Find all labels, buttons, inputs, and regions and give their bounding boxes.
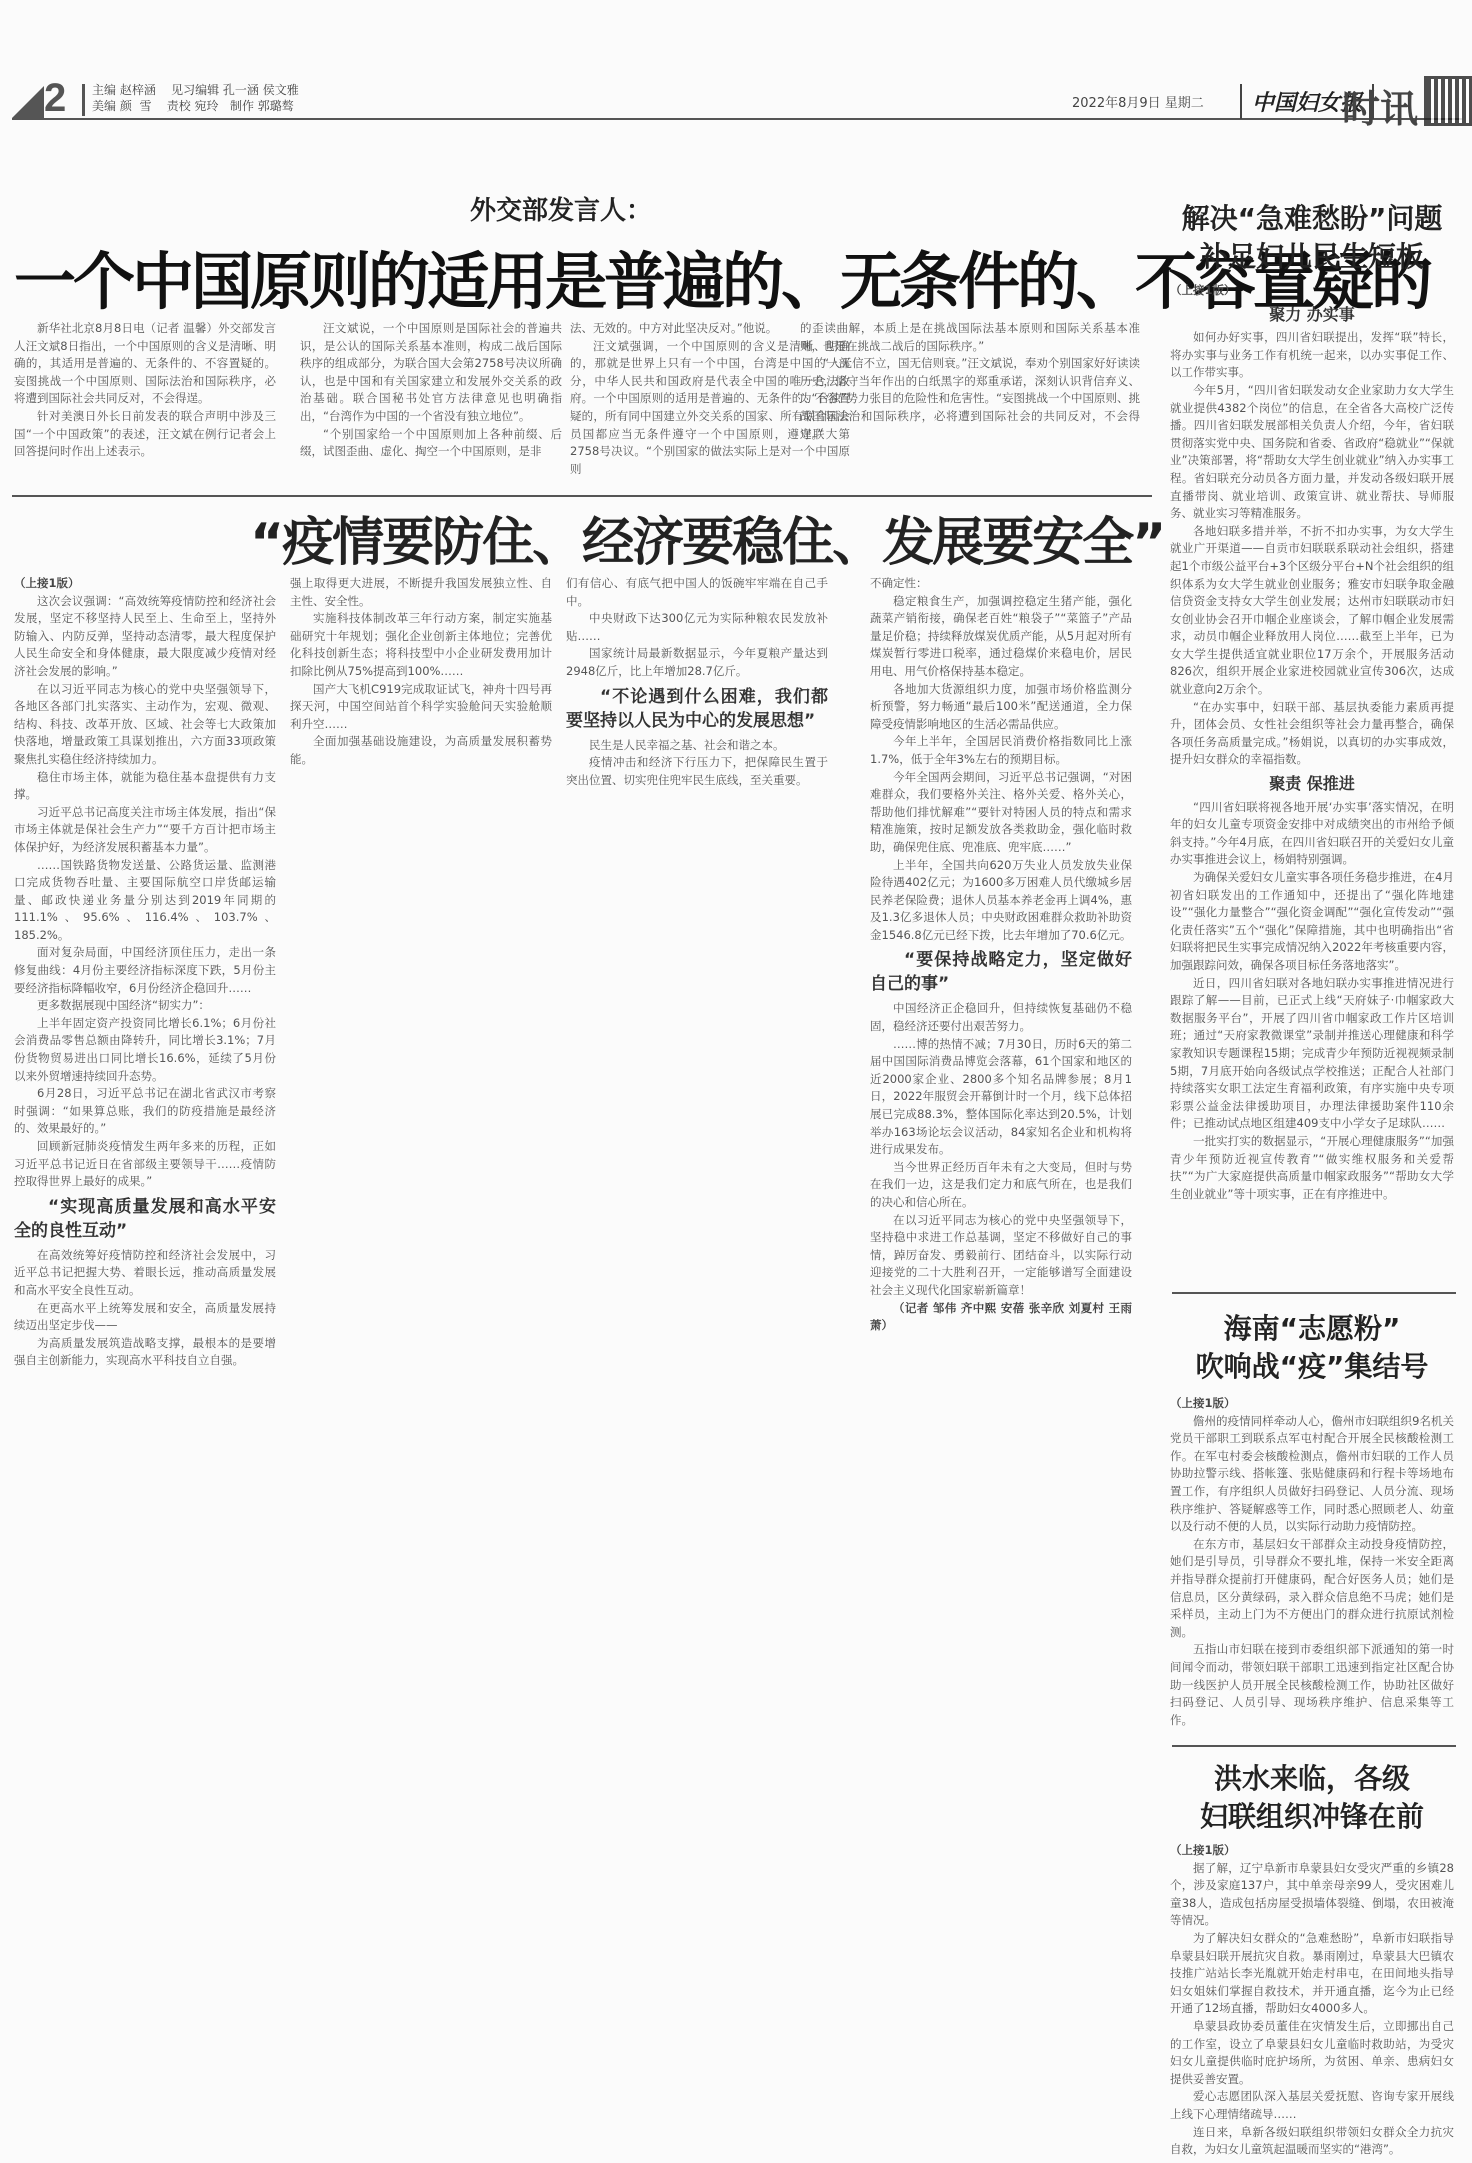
sidebar-divider <box>1172 1292 1456 1294</box>
issue-date: 2022年8月9日 星期二 <box>1072 92 1204 111</box>
sidebar3-body: （上接1版） 据了解，辽宁阜新市阜蒙县妇女受灾严重的乡镇28个，涉及家庭137户… <box>1170 1842 1454 2162</box>
article2-subhead-1: “实现高质量发展和高水平安全的良性互动” <box>14 1195 276 1243</box>
article1-kicker: 外交部发言人： <box>470 190 652 227</box>
article1-column-1: 新华社北京8月8日电（记者 温馨）外交部发言人汪文斌8日指出，一个中国原则的含义… <box>14 320 276 461</box>
sidebar1-headline: 解决“急难愁盼”问题 补足妇儿民生短板 <box>1170 200 1454 276</box>
qr-code-icon[interactable] <box>1424 76 1472 126</box>
header-divider <box>82 84 85 116</box>
article2-column-3: 们有信心、有底气把中国人的饭碗牢牢端在自己手中。 中央财政下达300亿元为实际种… <box>566 575 828 2155</box>
article-divider <box>12 495 1152 497</box>
sidebar3-headline: 洪水来临，各级 妇联组织冲锋在前 <box>1170 1760 1454 1836</box>
article2-subhead-2: “不论遇到什么困难，我们都要坚持以人民为中心的发展思想” <box>566 685 828 733</box>
article1-column-2: 汪文斌说，一个中国原则是国际社会的普遍共识，是公认的国际关系基本准则，构成二战后… <box>300 320 562 461</box>
sidebar2-headline: 海南“志愿粉” 吹响战“疫”集结号 <box>1170 1310 1454 1386</box>
page-corner-triangle-icon <box>12 86 44 118</box>
article2-subhead-3: “要保持战略定力，坚定做好自己的事” <box>870 948 1132 996</box>
section-title: 时讯 <box>1342 78 1418 133</box>
page-number: 2 <box>12 82 72 118</box>
article2-byline: （记者 邹伟 齐中熙 安蓓 张辛欣 刘夏村 王雨萧） <box>870 1300 1132 1335</box>
article2-headline: “疫情要防住、经济要稳住、发展要安全” <box>250 500 1164 575</box>
sidebar1-body: （上接1版） 聚力 办实事 如何办好实事，四川省妇联提出，发挥“联”特长，将办实… <box>1170 282 1454 1272</box>
article1-column-4: 的歪读曲解，本质上是在挑战国际法基本原则和国际关系基本准则，也是在挑战二战后的国… <box>800 320 1140 443</box>
editor-credits: 主编 赵梓涵 见习编辑 孔一涵 侯文雅美编 颜 雪 责校 宛玲 制作 郭璐骜 <box>92 82 299 114</box>
sidebar2-body: （上接1版） 儋州的疫情同样牵动人心，儋州市妇联组织9名机关党员干部职工到联系点… <box>1170 1395 1454 1735</box>
page-header: 2 主编 赵梓涵 见习编辑 孔一涵 侯文雅美编 颜 雪 责校 宛玲 制作 郭璐骜… <box>12 82 1462 120</box>
sidebar1-subhead-1: 聚力 办实事 <box>1170 306 1454 324</box>
article2-column-2: 强上取得更大进展，不断提升我国发展独立性、自主性、安全性。 实施科技体制改革三年… <box>290 575 552 2155</box>
sidebar-divider-2 <box>1172 1745 1456 1747</box>
sidebar1-subhead-2: 聚责 保推进 <box>1170 775 1454 793</box>
article2-column-4: 不确定性： 稳定粮食生产，加强调控稳定生猪产能，强化蔬菜产销衔接，确保老百姓“粮… <box>870 575 1132 2155</box>
article2-column-1: （上接1版） 这次会议强调：“高效统筹疫情防控和经济社会发展，坚定不移坚持人民至… <box>14 575 276 2155</box>
